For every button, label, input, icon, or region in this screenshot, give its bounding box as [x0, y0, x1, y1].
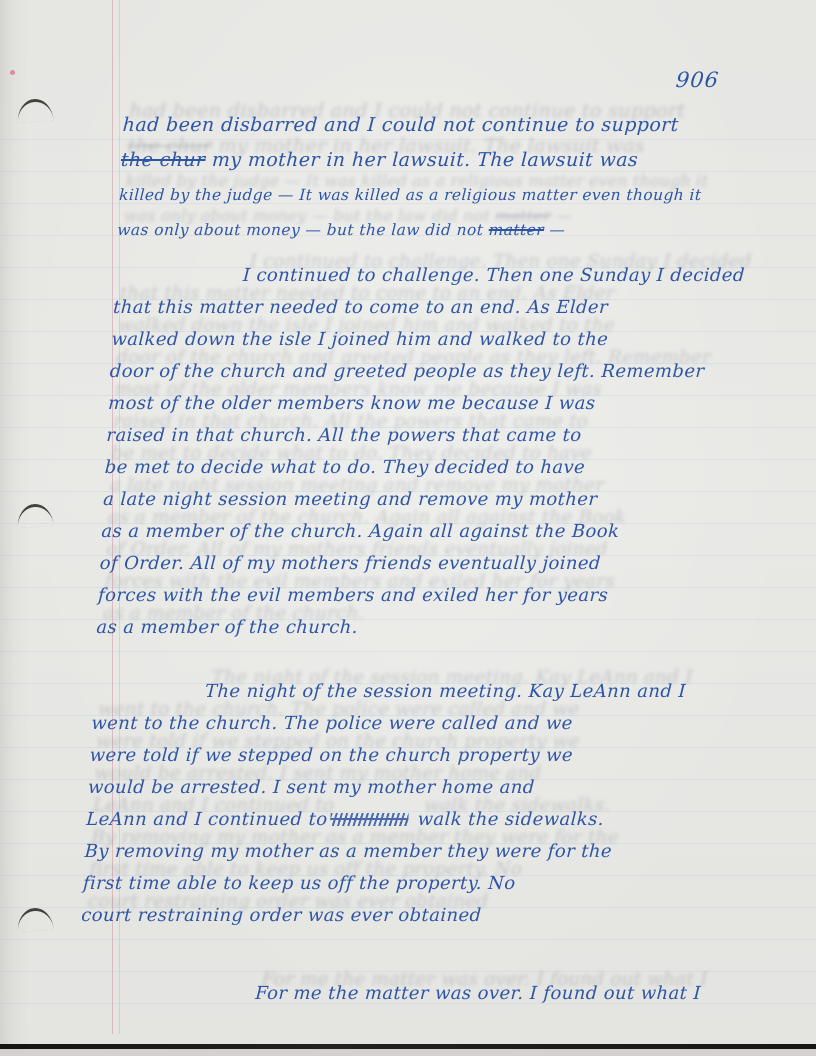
handwriting-text: were told if we stepped on the church pr…: [89, 745, 573, 766]
handwriting-text: a late night session meeting and remove …: [103, 489, 598, 510]
handwriting-line: as a member of the church. Again all aga…: [101, 516, 755, 548]
handwriting-line: would be arrested. I sent my mother home…: [87, 772, 741, 804]
handwriting-line: walked down the isle I joined him and wa…: [111, 324, 765, 356]
handwriting-text: killed by the judge — It was killed as a…: [119, 186, 702, 204]
page-number: 906: [675, 68, 721, 92]
handwriting-line: For me the matter was over. I found out …: [76, 978, 730, 1010]
handwriting-line: a late night session meeting and remove …: [102, 484, 756, 516]
paragraph-1: had been disbarred and I could not conti…: [116, 108, 775, 248]
handwriting-text: had been disbarred and I could not conti…: [122, 114, 679, 136]
scribbled-out-word: [330, 813, 409, 826]
handwriting-text: be met to decide what to do. They decide…: [104, 457, 585, 478]
hole-punch-bottom: [16, 907, 54, 932]
pink-dot-mark: [10, 70, 15, 75]
handwriting-line: was only about money — but the law did n…: [116, 213, 770, 248]
handwriting-line: I continued to challenge. Then one Sunda…: [114, 260, 768, 292]
handwriting-text: court restraining order was ever obtaine…: [81, 905, 482, 926]
scanner-bed-strip: [0, 1049, 816, 1056]
hole-punch-middle: [16, 503, 54, 528]
handwriting-text: would be arrested. I sent my mother home…: [87, 777, 535, 798]
handwriting-line: killed by the judge — It was killed as a…: [118, 178, 772, 213]
paragraph-4: For me the matter was over. I found out …: [76, 978, 730, 1010]
handwriting-block: had been disbarred and I could not conti…: [76, 108, 775, 1010]
handwriting-text: most of the older members know me becaus…: [108, 393, 596, 414]
hole-punch-top: [16, 98, 54, 123]
handwriting-text: I continued to challenge. Then one Sunda…: [242, 265, 745, 286]
handwriting-text: my mother in her lawsuit. The lawsuit wa…: [205, 149, 639, 171]
handwriting-text: first time able to keep us off the prope…: [82, 873, 516, 894]
handwriting-line: first time able to keep us off the prope…: [82, 868, 736, 900]
handwriting-line: be met to decide what to do. They decide…: [104, 452, 758, 484]
handwriting-line: LeAnn and I continued to walk the sidewa…: [85, 804, 739, 836]
handwriting-text: was only about money — but the law did n…: [117, 221, 489, 239]
handwriting-line: The night of the session meeting. Kay Le…: [92, 676, 746, 708]
handwriting-text: that this matter needed to come to an en…: [113, 297, 609, 318]
handwriting-text: For me the matter was over. I found out …: [255, 983, 702, 1004]
handwriting-text: —: [544, 221, 566, 239]
handwriting-text: of Order. All of my mothers friends even…: [99, 553, 601, 574]
handwriting-text: By removing my mother as a member they w…: [84, 841, 612, 862]
handwriting-line: that this matter needed to come to an en…: [112, 292, 766, 324]
handwriting-text: forces with the evil members and exiled …: [98, 585, 609, 606]
handwriting-line: forces with the evil members and exiled …: [97, 580, 751, 612]
scanned-paper-sheet: 906 had been disbarred and I could not c…: [0, 0, 816, 1056]
handwriting-line: the chur my mother in her lawsuit. The l…: [120, 143, 774, 178]
handwriting-line: of Order. All of my mothers friends even…: [99, 548, 753, 580]
handwriting-text: as a member of the church. Again all aga…: [101, 521, 620, 542]
handwriting-line: had been disbarred and I could not conti…: [122, 108, 776, 143]
handwriting-text: raised in that church. All the powers th…: [106, 425, 582, 446]
handwriting-line: court restraining order was ever obtaine…: [80, 900, 734, 932]
struck-text: the chur: [120, 149, 206, 171]
handwriting-text: door of the church and greeted people as…: [109, 361, 705, 382]
handwriting-text: LeAnn and I continued to: [86, 809, 328, 830]
handwriting-text: The night of the session meeting. Kay Le…: [205, 681, 687, 702]
handwriting-text: as a member of the church.: [96, 617, 359, 638]
handwriting-line: By removing my mother as a member they w…: [84, 836, 738, 868]
handwriting-text: walked down the isle I joined him and wa…: [111, 329, 609, 350]
handwriting-line: most of the older members know me becaus…: [107, 388, 761, 420]
handwriting-line: door of the church and greeted people as…: [109, 356, 763, 388]
handwriting-text: went to the church. The police were call…: [91, 713, 573, 734]
handwriting-line: went to the church. The police were call…: [91, 708, 745, 740]
handwriting-line: were told if we stepped on the church pr…: [89, 740, 743, 772]
paragraph-2: I continued to challenge. Then one Sunda…: [96, 260, 768, 644]
paragraph-3: The night of the session meeting. Kay Le…: [80, 676, 745, 932]
handwriting-line: raised in that church. All the powers th…: [106, 420, 760, 452]
handwriting-text: walk the sidewalks.: [411, 809, 604, 830]
handwriting-line: as a member of the church.: [96, 612, 750, 644]
struck-text: matter: [488, 221, 544, 239]
